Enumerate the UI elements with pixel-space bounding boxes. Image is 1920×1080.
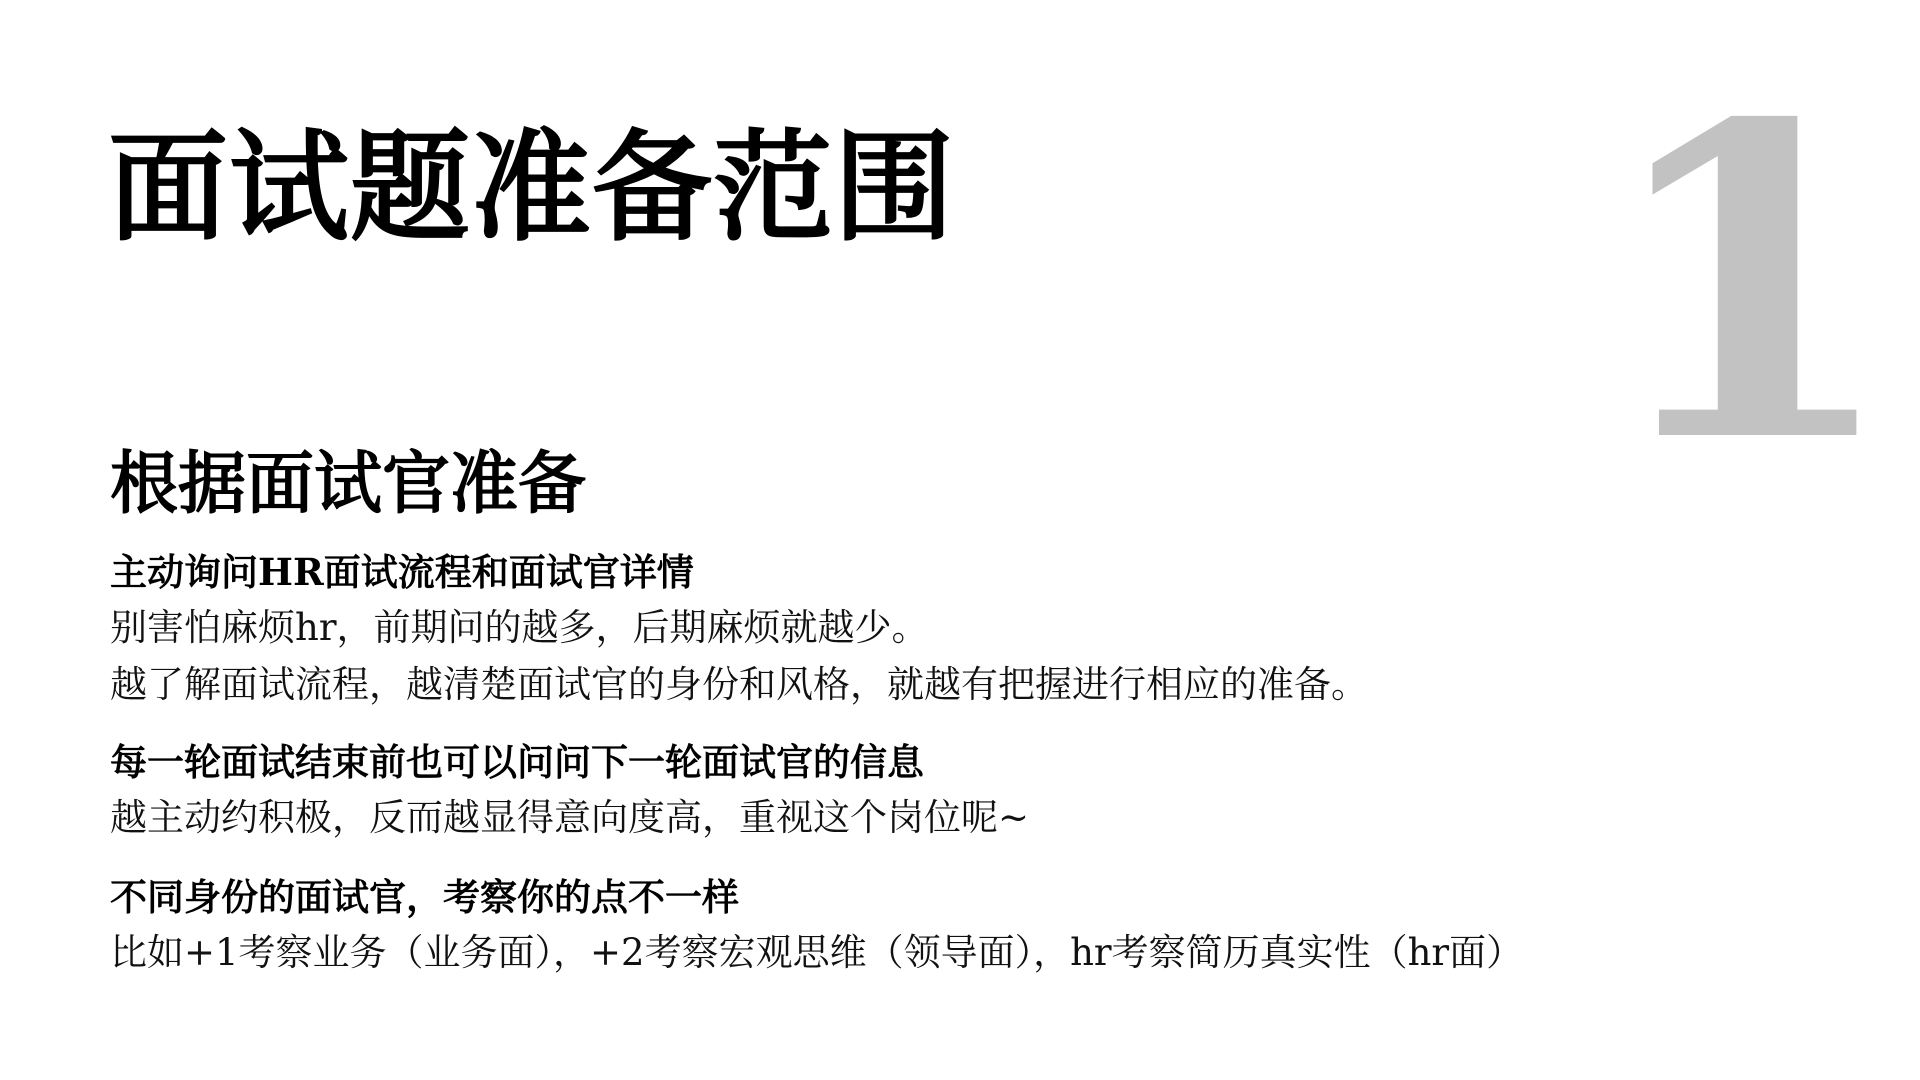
page-title: 面试题准备范围 [108, 118, 955, 258]
tip-block-interviewer-roles: 不同身份的面试官，考察你的点不一样 比如+1考察业务（业务面），+2考察宏观思维… [110, 870, 1523, 981]
tip-block-hr-process: 主动询问HR面试流程和面试官详情 别害怕麻烦hr，前期问的越多，后期麻烦就越少。… [110, 545, 1368, 713]
tip-heading: 不同身份的面试官，考察你的点不一样 [110, 870, 1523, 924]
tip-text: 比如+1考察业务（业务面），+2考察宏观思维（领导面），hr考察简历真实性（hr… [110, 924, 1523, 981]
tip-heading: 每一轮面试结束前也可以问问下一轮面试官的信息 [110, 735, 1029, 789]
section-title: 根据面试官准备 [110, 434, 586, 534]
tip-block-next-round: 每一轮面试结束前也可以问问下一轮面试官的信息 越主动约积极，反而越显得意向度高，… [110, 735, 1029, 846]
tip-text: 越了解面试流程，越清楚面试官的身份和风格，就越有把握进行相应的准备。 [110, 656, 1368, 713]
tip-heading: 主动询问HR面试流程和面试官详情 [110, 545, 1368, 599]
tip-text: 别害怕麻烦hr，前期问的越多，后期麻烦就越少。 [110, 599, 1368, 656]
tip-text: 越主动约积极，反而越显得意向度高，重视这个岗位呢~ [110, 789, 1029, 846]
section-number: 1 [1600, 70, 1899, 500]
